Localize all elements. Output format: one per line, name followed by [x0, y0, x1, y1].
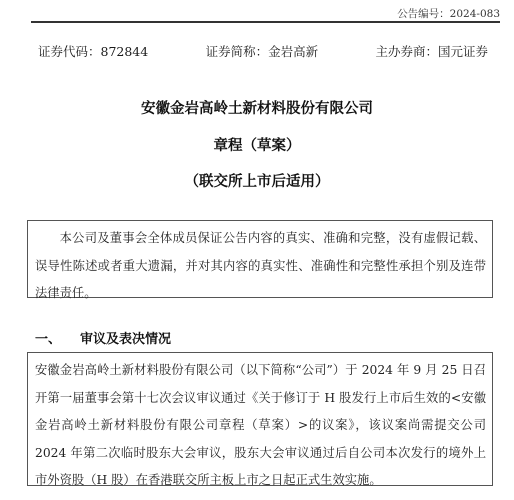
disclaimer-box: 本公司及董事会全体成员保证公告内容的真实、准确和完整，没有虚假记载、误导性陈述或…: [27, 220, 493, 298]
section-number: 一、: [35, 328, 80, 347]
security-short-name: 证券简称：金岩高新: [206, 42, 319, 60]
company-title: 安徽金岩高岭土新材料股份有限公司: [0, 97, 514, 118]
security-info-row: 证券代码：872844 证券简称：金岩高新 主办券商：国元证券: [38, 42, 488, 60]
announcement-number: 公告编号：2024-083: [397, 6, 500, 21]
security-code: 证券代码：872844: [38, 42, 148, 60]
section-heading: 一、 审议及表决情况: [35, 328, 171, 347]
document-scope: （联交所上市后适用）: [0, 170, 514, 191]
document-title: 章程（草案）: [0, 134, 514, 155]
section-body-box: 安徽金岩高岭土新材料股份有限公司（以下简称“公司”）于 2024 年 9 月 2…: [27, 352, 493, 486]
header-divider: [31, 21, 500, 23]
sponsor-broker: 主办券商：国元证券: [375, 42, 488, 60]
section-title: 审议及表决情况: [80, 328, 171, 347]
